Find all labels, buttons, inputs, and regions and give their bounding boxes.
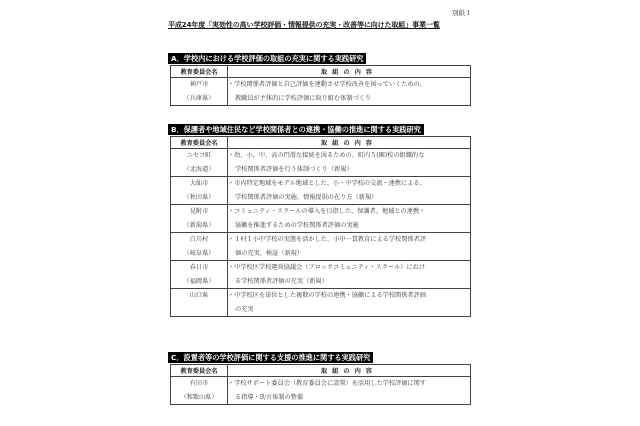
content-line: る指導・助言体制の整備 xyxy=(228,391,470,405)
header-org: 教育委員会名 xyxy=(171,365,228,377)
prefecture: （秋田県） xyxy=(171,191,227,205)
content-line: る学校関係者評価の充実（新規） xyxy=(228,275,470,289)
org-name: 白川村 xyxy=(171,233,227,247)
table-row: 山口県 ・中学校区を単位とした複数の学校の連携・協働による学校関係者評価の充実 xyxy=(171,289,471,317)
prefecture: （兵庫県） xyxy=(171,92,227,106)
content-line: 学校関係者評価の実施、情報提供の在り方（新規） xyxy=(228,191,470,205)
header-content: 取組の内容 xyxy=(228,137,471,149)
table-row: 春日市（福岡県） ・中学校区学校運営協議会（ブロックコミュニティ・スクール）にお… xyxy=(171,261,471,289)
org-name: 春日市 xyxy=(171,261,227,275)
content-line: ・１村１小中学校の実態を活かした、小中一貫教育による学校関係者評 xyxy=(228,233,470,247)
content-line: ・幼、小、中、高の円滑な接続を図るための、町内５(園)校の組織的な xyxy=(228,149,470,163)
content-line: ・学校サポート委員会（教育委員会に設置）を活用した学校評価に関す xyxy=(228,377,470,391)
org-name: 見附市 xyxy=(171,205,227,219)
prefecture: （和歌山県） xyxy=(171,391,227,405)
header-content: 取組の内容 xyxy=(228,365,471,377)
table-row: 大仙市（秋田県） ・市内特定地域をモデル地域とした、小・中学校の交流・連携による… xyxy=(171,177,471,205)
org-name: 有田市 xyxy=(171,377,227,391)
section-c-heading: C．設置者等の学校評価に関する支援の推進に関する実践研究 xyxy=(168,352,373,363)
header-org: 教育委員会名 xyxy=(171,137,228,149)
header-org: 教育委員会名 xyxy=(171,66,228,78)
section-b-table: 教育委員会名 取組の内容 ニセコ町（北海道） ・幼、小、中、高の円滑な接続を図る… xyxy=(170,136,471,317)
section-a-heading: A．学校内における学校評価の取組の充実に関する実践研究 xyxy=(168,53,366,64)
document-title: 平成24年度「実効性の高い学校評価・情報提供の充実・改善等に向けた取組」事業一覧 xyxy=(168,20,440,30)
header-content: 取組の内容 xyxy=(228,66,471,78)
content-line: ・中学校区学校運営協議会（ブロックコミュニティ・スクール）におけ xyxy=(228,261,470,275)
org-name: ニセコ町 xyxy=(171,149,227,163)
content-line: の充実 xyxy=(228,303,470,317)
content-line: 学校関係者評価を行う体制づくり（新規） xyxy=(228,163,470,177)
org-name: 大仙市 xyxy=(171,177,227,191)
table-row: 神戸市（兵庫県） ・学校関係者評価と自己評価を連動させ学校改善を図っていくための… xyxy=(171,78,471,106)
table-row: ニセコ町（北海道） ・幼、小、中、高の円滑な接続を図るための、町内５(園)校の組… xyxy=(171,149,471,177)
content-line: ・市内特定地域をモデル地域とした、小・中学校の交流・連携による、 xyxy=(228,177,470,191)
org-name: 山口県 xyxy=(171,289,227,303)
section-c-table: 教育委員会名 取組の内容 有田市（和歌山県） ・学校サポート委員会（教育委員会に… xyxy=(170,364,471,405)
table-header-row: 教育委員会名 取組の内容 xyxy=(171,365,471,377)
annex-label: 別紙１ xyxy=(452,8,472,17)
table-row: 有田市（和歌山県） ・学校サポート委員会（教育委員会に設置）を活用した学校評価に… xyxy=(171,377,471,405)
content-line: 教職員が主体的に学校評価に取り組む体制づくり xyxy=(228,92,470,106)
table-row: 白川村（岐阜県） ・１村１小中学校の実態を活かした、小中一貫教育による学校関係者… xyxy=(171,233,471,261)
prefecture: （福岡県） xyxy=(171,275,227,289)
table-header-row: 教育委員会名 取組の内容 xyxy=(171,137,471,149)
content-line: ・中学校区を単位とした複数の学校の連携・協働による学校関係者評価 xyxy=(228,289,470,303)
content-line: ・コミュニティ・スクールの導入を目指した、保護者、地域との連携・ xyxy=(228,205,470,219)
prefecture: （新潟県） xyxy=(171,219,227,233)
section-b-heading: B．保護者や地域住民など学校関係者との連携・協働の推進に関する実践研究 xyxy=(168,124,424,135)
table-header-row: 教育委員会名 取組の内容 xyxy=(171,66,471,78)
section-a-table: 教育委員会名 取組の内容 神戸市（兵庫県） ・学校関係者評価と自己評価を連動させ… xyxy=(170,65,471,106)
content-line: ・学校関係者評価と自己評価を連動させ学校改善を図っていくための、 xyxy=(228,78,470,92)
content-line: 協働を推進するための学校関係者評価の実施 xyxy=(228,219,470,233)
org-name: 神戸市 xyxy=(171,78,227,92)
table-row: 見附市（新潟県） ・コミュニティ・スクールの導入を目指した、保護者、地域との連携… xyxy=(171,205,471,233)
content-line: 価の充実、検証（新規） xyxy=(228,247,470,261)
prefecture: （北海道） xyxy=(171,163,227,177)
prefecture: （岐阜県） xyxy=(171,247,227,261)
